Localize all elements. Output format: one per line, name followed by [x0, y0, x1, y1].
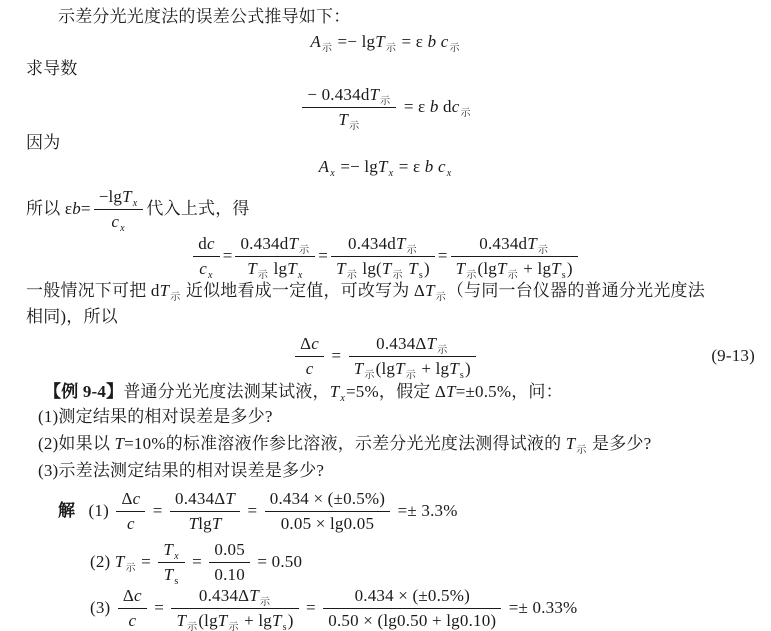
math-token: T — [408, 259, 418, 278]
math-token: T — [163, 540, 173, 559]
math-token: 0.434 × (±0.5%) — [323, 585, 501, 608]
math-token: T — [396, 234, 406, 253]
math-subscript: 示 — [406, 370, 416, 381]
math-fraction: dccx — [193, 233, 219, 281]
math-token: 0.10 — [209, 562, 250, 587]
math-token: ) — [288, 611, 294, 630]
math-token: −lgTx — [94, 186, 144, 209]
math-token: c — [116, 511, 145, 536]
math-token: − 0.434dT示 — [302, 84, 396, 107]
math-token: 0.434ΔT示 — [171, 585, 298, 608]
math-token: 0.05 × lg0.05 — [281, 514, 374, 533]
math-token: 所以 ε — [26, 199, 72, 218]
math-token: = — [318, 246, 328, 265]
math-token: c — [111, 212, 119, 231]
math-token: =− lg — [336, 157, 378, 176]
math-token: (1) — [75, 501, 113, 520]
math-token: T — [382, 259, 392, 278]
math-token: T — [338, 110, 348, 129]
math-token: T — [378, 157, 388, 176]
math-subscript: 示 — [299, 245, 309, 256]
math-token: + lg — [240, 611, 272, 630]
math-token: c — [118, 608, 147, 631]
line-substitute: 所以 εb=−lgTxcx代入上式，得 — [26, 186, 250, 234]
math-token: T — [115, 552, 125, 571]
math-fraction: 0.434ΔTTlgT — [170, 488, 240, 536]
math-token: c — [207, 234, 215, 253]
math-token: = — [223, 246, 233, 265]
math-token: 代入上式，得 — [146, 199, 249, 218]
math-token: cx — [193, 256, 219, 281]
equation-number: (9-13) — [711, 345, 755, 368]
math-fraction: 0.434 × (±0.5%)0.50 × (lg0.50 + lg0.10) — [323, 585, 501, 631]
math-token: (1)测定结果的相对误差是多少? — [38, 407, 273, 426]
math-token: = — [302, 598, 321, 617]
math-fraction: TxTs — [158, 539, 184, 587]
math-subscript: 示 — [460, 108, 470, 119]
math-token: T — [566, 434, 576, 453]
math-token: T — [354, 359, 364, 378]
math-subscript: 示 — [349, 121, 359, 132]
paragraph-approx-line1: 一般情况下可把 dT示 近似地看成一定值，可改写为 ΔT示（与同一台仪器的普通分… — [26, 280, 705, 303]
math-token: =− lg — [333, 32, 375, 51]
math-token: T — [446, 382, 456, 401]
math-token: T — [551, 259, 561, 278]
math-token: 0.05 — [209, 539, 250, 562]
math-token: 0.434Δ — [199, 586, 249, 605]
math-token: b — [428, 32, 437, 51]
math-token: 0.434dT示 — [331, 233, 435, 256]
math-token: 普通分光光度法测某试液， — [123, 382, 329, 401]
math-token: (3)示差法测定结果的相对误差是多少? — [38, 461, 324, 480]
math-subscript: 示 — [538, 245, 548, 256]
question-3: (3)示差法测定结果的相对误差是多少? — [38, 460, 324, 483]
math-token: lg( — [358, 259, 382, 278]
formula-absorbance-sample: Ax =− lgTx = ε b cx — [0, 156, 771, 179]
math-subscript: s — [283, 622, 287, 631]
math-token: Δ — [121, 489, 132, 508]
math-token: = — [148, 501, 167, 520]
math-token: −lg — [99, 187, 122, 206]
math-subscript: 示 — [436, 292, 446, 303]
math-fraction: −lgTxcx — [94, 186, 144, 234]
math-token: = — [243, 501, 262, 520]
math-token: 【例 9-4】 — [44, 382, 123, 401]
math-token: A — [310, 32, 321, 51]
math-token: ) — [465, 359, 471, 378]
math-fraction: 0.434ΔT示T示(lgT示 + lgTs) — [171, 585, 298, 631]
math-token: 0.434 × (±0.5%) — [265, 488, 390, 511]
math-token: T — [218, 611, 228, 630]
math-token: = ε — [397, 32, 427, 51]
math-token: T — [225, 489, 235, 508]
math-token: d — [198, 234, 207, 253]
math-subscript: 示 — [364, 370, 374, 381]
math-subscript: 示 — [380, 96, 390, 107]
math-token: + lg — [417, 359, 449, 378]
math-token: T — [160, 281, 170, 300]
math-token: 相同)，所以 — [26, 307, 118, 326]
math-token: = — [327, 346, 346, 365]
math-token: 0.434ΔT — [170, 488, 240, 511]
math-fraction: 0.434 × (±0.5%)0.05 × lg0.05 — [265, 488, 390, 536]
math-token: 因为 — [26, 133, 60, 152]
math-subscript: 示 — [576, 445, 586, 456]
paragraph-approx-line2: 相同)，所以 — [26, 306, 118, 329]
math-token: 0.434dT示 — [235, 233, 315, 256]
math-subscript: 示 — [386, 43, 396, 54]
math-token: T — [272, 611, 282, 630]
math-token: 0.05 — [214, 540, 245, 559]
math-token: Tx — [158, 539, 184, 562]
math-token: c — [128, 611, 136, 630]
math-subscript: 示 — [322, 43, 332, 54]
math-token: ) — [567, 259, 573, 278]
math-token: = 0.50 — [253, 552, 302, 571]
formula-absorbance-diff: A示 =− lgT示 = ε b c示 — [0, 31, 771, 54]
math-token: c — [199, 259, 207, 278]
math-token: T — [287, 259, 297, 278]
math-token: T — [114, 434, 124, 453]
math-token: Ts — [158, 562, 184, 587]
math-token: 0.434Δ — [175, 489, 225, 508]
math-token: 0.434 × (±0.5%) — [355, 586, 470, 605]
math-token: T — [247, 259, 257, 278]
math-token: c — [306, 359, 314, 378]
math-token: = — [438, 246, 448, 265]
math-token: 是多少? — [588, 434, 652, 453]
math-token: c — [441, 32, 449, 51]
math-token: 0.50 × (lg0.50 + lg0.10) — [328, 611, 496, 630]
math-token: dc — [193, 233, 219, 256]
math-token: c — [133, 489, 141, 508]
math-token: =10%的标准溶液作参比溶液，示差分光光度法测得试液的 — [124, 434, 566, 453]
math-token: T — [164, 565, 174, 584]
math-token: Δc — [116, 488, 145, 511]
math-token: 0.434d — [348, 234, 396, 253]
math-subscript: 示 — [449, 43, 459, 54]
math-fraction: 0.434dT示T示(lgT示 + lgTs) — [451, 233, 578, 281]
math-fraction: Δcc — [116, 488, 145, 536]
math-subscript: s — [460, 370, 464, 381]
math-token: lg — [269, 259, 287, 278]
math-token: T — [527, 234, 537, 253]
math-token: T — [288, 234, 298, 253]
math-token: (lg — [477, 259, 496, 278]
math-fraction: 0.434ΔT示T示(lgT示 + lgTs) — [349, 333, 476, 381]
math-token: 0.05 × lg0.05 — [265, 511, 390, 536]
formula-derivative: − 0.434dT示T示 = ε b dc示 — [0, 84, 771, 132]
math-token: 示差分光光度法的误差公式推导如下： — [58, 7, 350, 26]
math-token: 0.434Δ — [376, 334, 426, 353]
math-token: c — [127, 514, 135, 533]
math-fraction: 0.434dT示T示 lg(T示 Ts) — [331, 233, 435, 281]
math-token: cx — [94, 209, 144, 234]
math-subscript: x — [389, 168, 394, 179]
math-token: =± 0.33% — [504, 598, 577, 617]
math-fraction: Δcc — [118, 585, 147, 631]
textbook-page: 示差分光光度法的误差公式推导如下： A示 =− lgT示 = ε b c示 求导… — [0, 0, 771, 631]
math-token: T — [427, 334, 437, 353]
math-token: T — [330, 382, 340, 401]
math-token: T示(lgT示 + lgTs) — [451, 256, 578, 281]
math-token: T — [375, 32, 385, 51]
math-subscript: 示 — [187, 622, 197, 631]
math-token: T — [449, 359, 459, 378]
math-subscript: 示 — [170, 292, 180, 303]
math-token: 0.10 — [214, 565, 245, 584]
math-token: （与同一台仪器的普通分光光度法 — [447, 281, 705, 300]
math-token: b — [72, 199, 81, 218]
math-token: = — [188, 552, 207, 571]
math-token: T — [370, 85, 380, 104]
math-token: c — [452, 97, 460, 116]
math-token: 一般情况下可把 d — [26, 281, 160, 300]
math-token: 解 — [58, 501, 75, 520]
math-token: =5%，假定 Δ — [346, 382, 446, 401]
math-token: = — [137, 552, 156, 571]
formula-9-13: (9-13) Δcc = 0.434ΔT示T示(lgT示 + lgTs) — [0, 333, 771, 381]
math-fraction: − 0.434dT示T示 — [302, 84, 396, 132]
math-token: 0.50 × (lg0.50 + lg0.10) — [323, 608, 501, 631]
math-token: =±0.5%，问： — [456, 382, 563, 401]
math-token: T示 — [302, 107, 396, 132]
math-token: T — [497, 259, 507, 278]
math-token: (2) — [90, 552, 115, 571]
math-subscript: 示 — [407, 245, 417, 256]
math-token: T示(lgT示 + lgTs) — [171, 608, 298, 631]
example-heading-line: 【例 9-4】普通分光光度法测某试液，Tx=5%，假定 ΔT=±0.5%，问： — [44, 381, 563, 404]
math-token: 求导数 — [26, 59, 78, 78]
math-token: T — [395, 359, 405, 378]
solution-step-3: (3) Δcc = 0.434ΔT示T示(lgT示 + lgTs) = 0.43… — [90, 585, 577, 631]
math-token: T — [456, 259, 466, 278]
math-token: T — [189, 514, 199, 533]
math-token: 0.434dT示 — [451, 233, 578, 256]
math-token: (lg — [376, 359, 395, 378]
math-token: T示(lgT示 + lgTs) — [349, 356, 476, 381]
math-token: T — [249, 586, 259, 605]
math-subscript: x — [330, 168, 335, 179]
math-token: TlgT — [170, 511, 240, 536]
math-token: 0.434d — [479, 234, 527, 253]
math-token: Δc — [118, 585, 147, 608]
math-token: d — [439, 97, 452, 116]
math-token: 0.434 × (±0.5%) — [270, 489, 385, 508]
math-token: c — [295, 356, 324, 381]
math-token: + lg — [519, 259, 551, 278]
math-token: 0.434ΔT示 — [349, 333, 476, 356]
math-token: T示 lgTx — [235, 256, 315, 281]
math-token: c — [134, 586, 142, 605]
math-token: (lg — [198, 611, 217, 630]
math-subscript: x — [447, 168, 452, 179]
math-token: ) — [424, 259, 430, 278]
math-token: 近似地看成一定值，可改写为 Δ — [181, 281, 425, 300]
math-fraction: Δcc — [295, 333, 324, 381]
math-token: T — [212, 514, 222, 533]
math-token: T — [122, 187, 132, 206]
math-token: Δ — [123, 586, 134, 605]
solution-step-2: (2) T示 = TxTs = 0.050.10 = 0.50 — [90, 539, 302, 587]
math-token: lg — [198, 514, 212, 533]
math-subscript: 示 — [126, 563, 136, 574]
math-token: − 0.434d — [307, 85, 369, 104]
question-2: (2)如果以 T=10%的标准溶液作参比溶液，示差分光光度法测得试液的 T示 是… — [38, 433, 651, 456]
math-token: = — [81, 199, 91, 218]
math-subscript: 示 — [228, 622, 238, 631]
math-subscript: x — [133, 198, 138, 209]
label-because: 因为 — [26, 132, 60, 155]
solution-step-1: 解 (1) Δcc = 0.434ΔTTlgT = 0.434 × (±0.5%… — [58, 488, 458, 536]
math-token: Δ — [300, 334, 311, 353]
math-token: =± 3.3% — [393, 501, 457, 520]
math-subscript: 示 — [260, 597, 270, 608]
math-token: (2)如果以 — [38, 434, 114, 453]
math-token: 0.434d — [240, 234, 288, 253]
math-token: Δc — [295, 333, 324, 356]
math-fraction: 0.434dT示T示 lgTx — [235, 233, 315, 281]
formula-error-chain: dccx=0.434dT示T示 lgTx=0.434dT示T示 lg(T示 Ts… — [0, 233, 771, 281]
math-subscript: x — [174, 551, 179, 562]
math-token: T示 lg(T示 Ts) — [331, 256, 435, 281]
math-token: c — [311, 334, 319, 353]
intro-paragraph: 示差分光光度法的误差公式推导如下： — [58, 6, 350, 29]
math-token: T — [176, 611, 186, 630]
math-token: = ε — [399, 97, 429, 116]
question-1: (1)测定结果的相对误差是多少? — [38, 406, 273, 429]
math-subscript: x — [340, 393, 345, 404]
math-token: T — [336, 259, 346, 278]
math-token: c — [438, 157, 446, 176]
math-token: A — [319, 157, 330, 176]
math-fraction: 0.050.10 — [209, 539, 250, 587]
label-derivative: 求导数 — [26, 58, 78, 81]
math-subscript: 示 — [437, 345, 447, 356]
math-token: T — [425, 281, 435, 300]
math-token: (3) — [90, 598, 115, 617]
math-token: = ε — [394, 157, 424, 176]
math-token: b — [430, 97, 439, 116]
math-token: = — [150, 598, 169, 617]
